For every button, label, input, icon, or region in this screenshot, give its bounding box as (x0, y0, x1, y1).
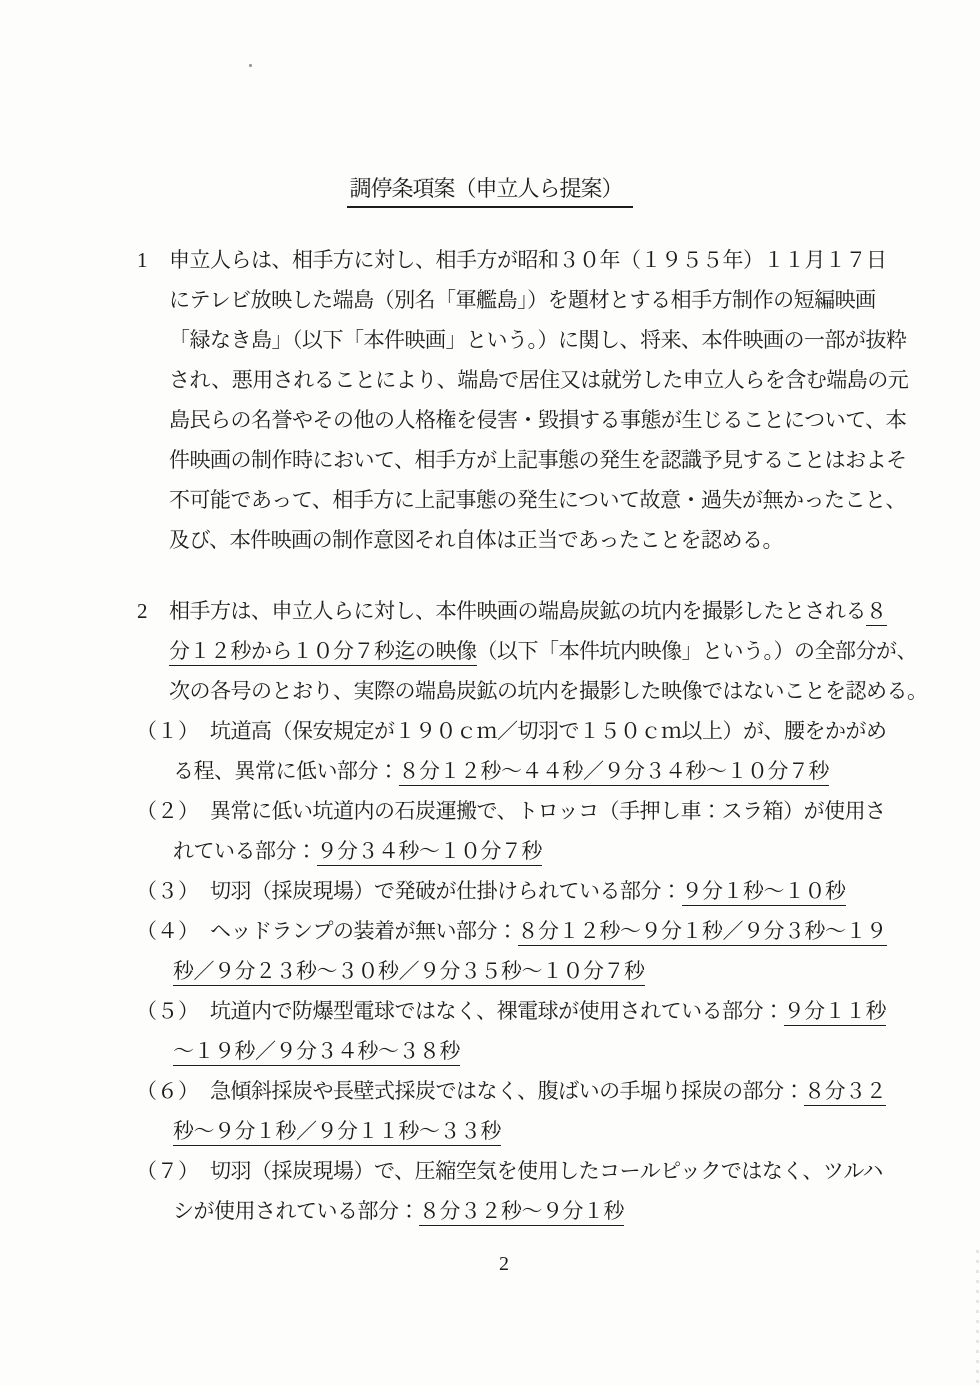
text-line: （６）急傾斜採炭や長壁式採炭ではなく、腹ばいの手堀り採炭の部分：８分３２ (136, 1071, 920, 1111)
paragraph-３: （３）切羽（採炭現場）で発破が仕掛けられている部分：９分１秒～１０秒 (136, 871, 920, 911)
underlined-text: ８ (866, 599, 887, 626)
text-line: （７）切羽（採炭現場）で、圧縮空気を使用したコールピックではなく、ツルハ (136, 1151, 920, 1191)
text-segment: 切羽（採炭現場）で発破が仕掛けられている部分： (210, 879, 682, 903)
underlined-text: ～１９秒／９分３４秒～３８秒 (173, 1039, 460, 1066)
underlined-text: ８分１２秒～９分１秒／９分３秒～１９ (518, 919, 887, 946)
underlined-text: 秒～９分１秒／９分１１秒～３３秒 (173, 1119, 501, 1146)
paragraph-４: （４）ヘッドランプの装着が無い部分：８分１２秒～９分１秒／９分３秒～１９秒／９分… (136, 911, 920, 991)
item-marker: （３） (136, 871, 210, 911)
document-blocks: 1申立人らは、相手方に対し、相手方が昭和３０年（１９５５年）１１月１７日にテレビ… (0, 240, 980, 1231)
text-segment: 急傾斜採炭や長壁式採炭ではなく、腹ばいの手堀り採炭の部分： (210, 1079, 804, 1103)
text-line: 秒～９分１秒／９分１１秒～３３秒 (173, 1111, 920, 1151)
text-segment: れている部分： (173, 839, 317, 863)
text-segment: 坑道内で防爆型電球ではなく、裸電球が使用されている部分： (210, 999, 784, 1023)
text-line: （５）坑道内で防爆型電球ではなく、裸電球が使用されている部分：９分１１秒 (136, 991, 920, 1031)
text-line: る程、異常に低い部分：８分１２秒～４４秒／９分３４秒～１０分７秒 (173, 751, 920, 791)
text-line: （４）ヘッドランプの装着が無い部分：８分１２秒～９分１秒／９分３秒～１９ (136, 911, 920, 951)
text-segment: ヘッドランプの装着が無い部分： (210, 919, 518, 943)
underlined-text: ９分１秒～１０秒 (682, 879, 846, 906)
text-line: （２）異常に低い坑道内の石炭運搬で、トロッコ（手押し車：スラ箱）が使用さ (136, 791, 920, 831)
text-segment: 「緑なき島」（以下「本件映画」という。）に関し、将来、本件映画の一部が抜粋 (169, 328, 907, 352)
text-line: （１）坑道高（保安規定が１９０ｃｍ／切羽で１５０ｃｍ以上）が、腰をかがめ (136, 711, 920, 751)
underlined-text: ９分１１秒 (784, 999, 887, 1026)
underlined-text: ９分３４秒～１０分７秒 (317, 839, 543, 866)
document-body: 調停条項案（申立人ら提案） 1申立人らは、相手方に対し、相手方が昭和３０年（１９… (0, 0, 980, 1386)
item-marker: （５） (136, 991, 210, 1031)
text-line: 1申立人らは、相手方に対し、相手方が昭和３０年（１９５５年）１１月１７日 (137, 240, 920, 280)
scanned-document-page: 調停条項案（申立人ら提案） 1申立人らは、相手方に対し、相手方が昭和３０年（１９… (0, 0, 980, 1386)
text-line: 島民らの名誉やその他の人格権を侵害・毀損する事態が生じることについて、本 (169, 400, 920, 440)
text-segment: 異常に低い坑道内の石炭運搬で、トロッコ（手押し車：スラ箱）が使用さ (210, 799, 886, 823)
text-line: （３）切羽（採炭現場）で発破が仕掛けられている部分：９分１秒～１０秒 (136, 871, 920, 911)
text-segment: 次の各号のとおり、実際の端島炭鉱の坑内を撮影した映像ではないことを認める。 (169, 679, 928, 703)
text-segment: シが使用されている部分： (173, 1199, 419, 1223)
text-segment: 相手方は、申立人らに対し、本件映画の端島炭鉱の坑内を撮影したとされる (169, 599, 866, 623)
text-line: シが使用されている部分：８分３２秒～９分１秒 (173, 1191, 920, 1231)
underlined-text: ８分３２秒～９分１秒 (419, 1199, 624, 1226)
text-line: 秒／９分２３秒～３０秒／９分３５秒～１０分７秒 (173, 951, 920, 991)
text-segment: 申立人らは、相手方に対し、相手方が昭和３０年（１９５５年）１１月１７日 (169, 248, 887, 272)
paragraph-１: （１）坑道高（保安規定が１９０ｃｍ／切羽で１５０ｃｍ以上）が、腰をかがめる程、異… (136, 711, 920, 791)
item-marker: （６） (136, 1071, 210, 1111)
paragraph-７: （７）切羽（採炭現場）で、圧縮空気を使用したコールピックではなく、ツルハシが使用… (136, 1151, 920, 1231)
text-segment: 坑道高（保安規定が１９０ｃｍ／切羽で１５０ｃｍ以上）が、腰をかがめ (210, 719, 887, 743)
text-line: され、悪用されることにより、端島で居住又は就労した申立人らを含む端島の元 (169, 360, 920, 400)
text-line: 「緑なき島」（以下「本件映画」という。）に関し、将来、本件映画の一部が抜粋 (169, 320, 920, 360)
paragraph-５: （５）坑道内で防爆型電球ではなく、裸電球が使用されている部分：９分１１秒～１９秒… (136, 991, 920, 1071)
text-line: 及び、本件映画の制作意図それ自体は正当であったことを認める。 (169, 520, 920, 560)
paragraph-２: （２）異常に低い坑道内の石炭運搬で、トロッコ（手押し車：スラ箱）が使用されている… (136, 791, 920, 871)
underlined-text: ８分３２ (804, 1079, 886, 1106)
text-segment: され、悪用されることにより、端島で居住又は就労した申立人らを含む端島の元 (169, 368, 908, 392)
text-segment: にテレビ放映した端島（別名「軍艦島」）を題材とする相手方制作の短編映画 (169, 288, 876, 312)
text-segment: 島民らの名誉やその他の人格権を侵害・毀損する事態が生じることについて、本 (169, 408, 906, 432)
item-marker: （４） (136, 911, 210, 951)
underlined-text: 秒／９分２３秒～３０秒／９分３５秒～１０分７秒 (173, 959, 645, 986)
paragraph-2: 2相手方は、申立人らに対し、本件映画の端島炭鉱の坑内を撮影したとされる８分１２秒… (137, 591, 920, 711)
text-line: ～１９秒／９分３４秒～３８秒 (173, 1031, 920, 1071)
document-title-row: 調停条項案（申立人ら提案） (0, 169, 980, 209)
paragraph-1: 1申立人らは、相手方に対し、相手方が昭和３０年（１９５５年）１１月１７日にテレビ… (137, 240, 920, 560)
paragraph-６: （６）急傾斜採炭や長壁式採炭ではなく、腹ばいの手堀り採炭の部分：８分３２秒～９分… (136, 1071, 920, 1151)
item-marker: （１） (136, 711, 210, 751)
text-segment: る程、異常に低い部分： (173, 759, 399, 783)
underlined-text: 分１２秒から１０分７秒迄の映像 (169, 639, 477, 666)
page-number: 2 (14, 1253, 980, 1276)
text-line: 不可能であって、相手方に上記事態の発生について故意・過失が無かったこと、 (169, 480, 920, 520)
document-title: 調停条項案（申立人ら提案） (347, 176, 632, 208)
text-line: 次の各号のとおり、実際の端島炭鉱の坑内を撮影した映像ではないことを認める。 (169, 671, 920, 711)
text-line: にテレビ放映した端島（別名「軍艦島」）を題材とする相手方制作の短編映画 (169, 280, 920, 320)
text-line: 件映画の制作時において、相手方が上記事態の発生を認識予見することはおよそ (169, 440, 920, 480)
text-line: 分１２秒から１０分７秒迄の映像（以下「本件坑内映像」という。）の全部分が、 (169, 631, 920, 671)
text-line: れている部分：９分３４秒～１０分７秒 (173, 831, 920, 871)
text-segment: 不可能であって、相手方に上記事態の発生について故意・過失が無かったこと、 (169, 488, 906, 512)
text-segment: （以下「本件坑内映像」という。）の全部分が、 (477, 639, 918, 663)
item-marker: （７） (136, 1151, 210, 1191)
item-marker: 1 (137, 240, 169, 280)
text-segment: 切羽（採炭現場）で、圧縮空気を使用したコールピックではなく、ツルハ (210, 1159, 883, 1183)
item-marker: （２） (136, 791, 210, 831)
text-segment: 件映画の制作時において、相手方が上記事態の発生を認識予見することはおよそ (169, 448, 907, 472)
item-marker: 2 (137, 591, 169, 631)
text-line: 2相手方は、申立人らに対し、本件映画の端島炭鉱の坑内を撮影したとされる８ (137, 591, 920, 631)
underlined-text: ８分１２秒～４４秒／９分３４秒～１０分７秒 (399, 759, 830, 786)
text-segment: 及び、本件映画の制作意図それ自体は正当であったことを認める。 (169, 528, 783, 552)
